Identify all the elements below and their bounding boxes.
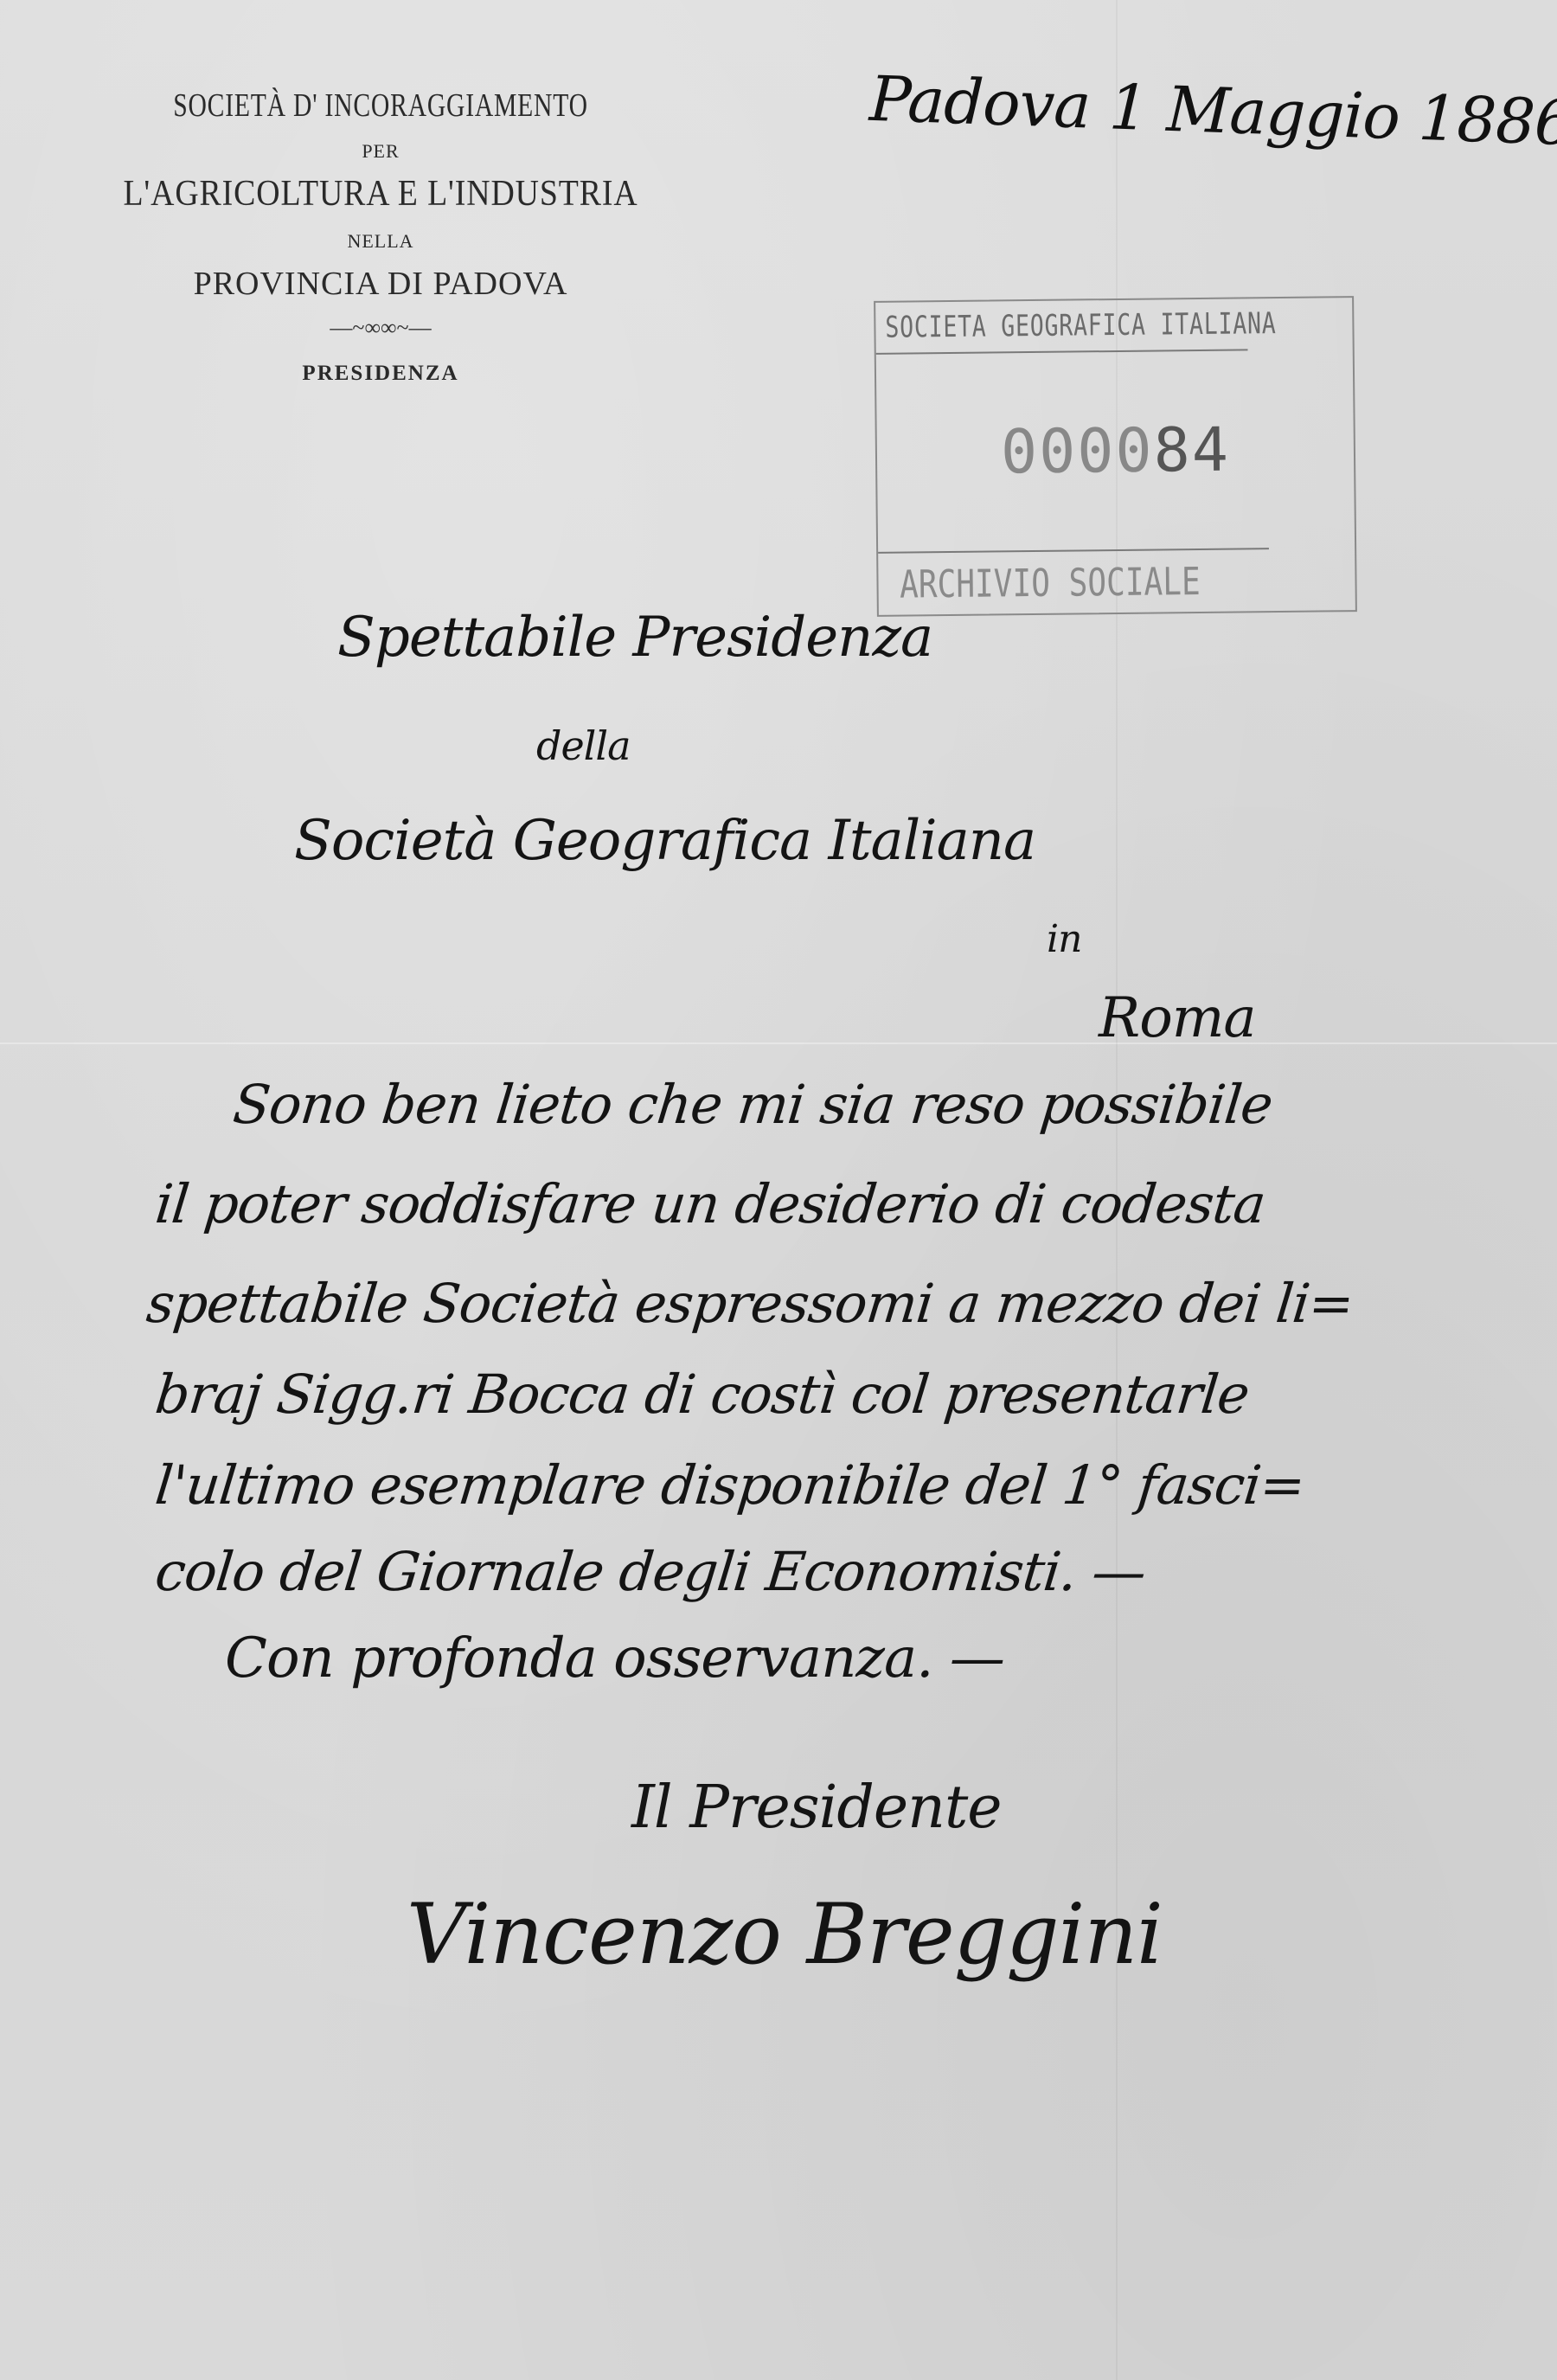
stamp-number-bold: 84 xyxy=(1153,414,1230,486)
stamp-header: SOCIETA GEOGRAFICA ITALIANA xyxy=(875,298,1247,354)
ornament-divider-icon: —~∞∞~— xyxy=(52,315,709,341)
paper-fold-horizontal xyxy=(0,1042,1557,1044)
stamp-footer: ARCHIVIO SOCIALE xyxy=(878,548,1270,616)
body-line: braj Sigg.ri Bocca di costì col presenta… xyxy=(152,1363,1252,1426)
letterhead-agriculture-industry: L'AGRICOLTURA E L'INDUSTRIA xyxy=(85,173,676,215)
address-line-society: Società Geografica Italiana xyxy=(294,809,1035,873)
letterhead-nella: NELLA xyxy=(52,230,709,253)
letterhead-presidenza: PRESIDENZA xyxy=(52,362,709,386)
signoff-title: Il Presidente xyxy=(631,1774,1002,1842)
signature: Vincenzo Breggini xyxy=(407,1886,1163,1983)
archive-stamp: SOCIETA GEOGRAFICA ITALIANA 000084 ARCHI… xyxy=(874,296,1357,617)
letterhead-per: PER xyxy=(52,140,709,163)
letterhead-society-name: SOCIETÀ D' INCORAGGIAMENTO xyxy=(125,87,638,125)
body-line: il poter soddisfare un desiderio di code… xyxy=(152,1172,1268,1235)
stamp-number-faded: 0000 xyxy=(1001,415,1154,488)
body-line: Sono ben lieto che mi sia reso possibile xyxy=(230,1073,1275,1136)
letterhead-province: PROVINCIA DI PADOVA xyxy=(52,265,709,303)
body-line: spettabile Società espressomi a mezzo de… xyxy=(144,1272,1356,1335)
letterhead: SOCIETÀ D' INCORAGGIAMENTO PER L'AGRICOL… xyxy=(52,87,709,386)
address-line-della: della xyxy=(536,722,631,769)
address-line-city: Roma xyxy=(1099,986,1256,1050)
address-line-presidenza: Spettabile Presidenza xyxy=(337,606,932,670)
stamp-number: 000084 xyxy=(876,350,1355,552)
body-line: colo del Giornale degli Economisti. — xyxy=(152,1540,1149,1603)
body-line: l'ultimo esemplare disponibile del 1° fa… xyxy=(152,1453,1308,1517)
address-line-in: in xyxy=(1047,917,1081,961)
closing-phrase: Con profonda osservanza. — xyxy=(225,1626,1004,1690)
